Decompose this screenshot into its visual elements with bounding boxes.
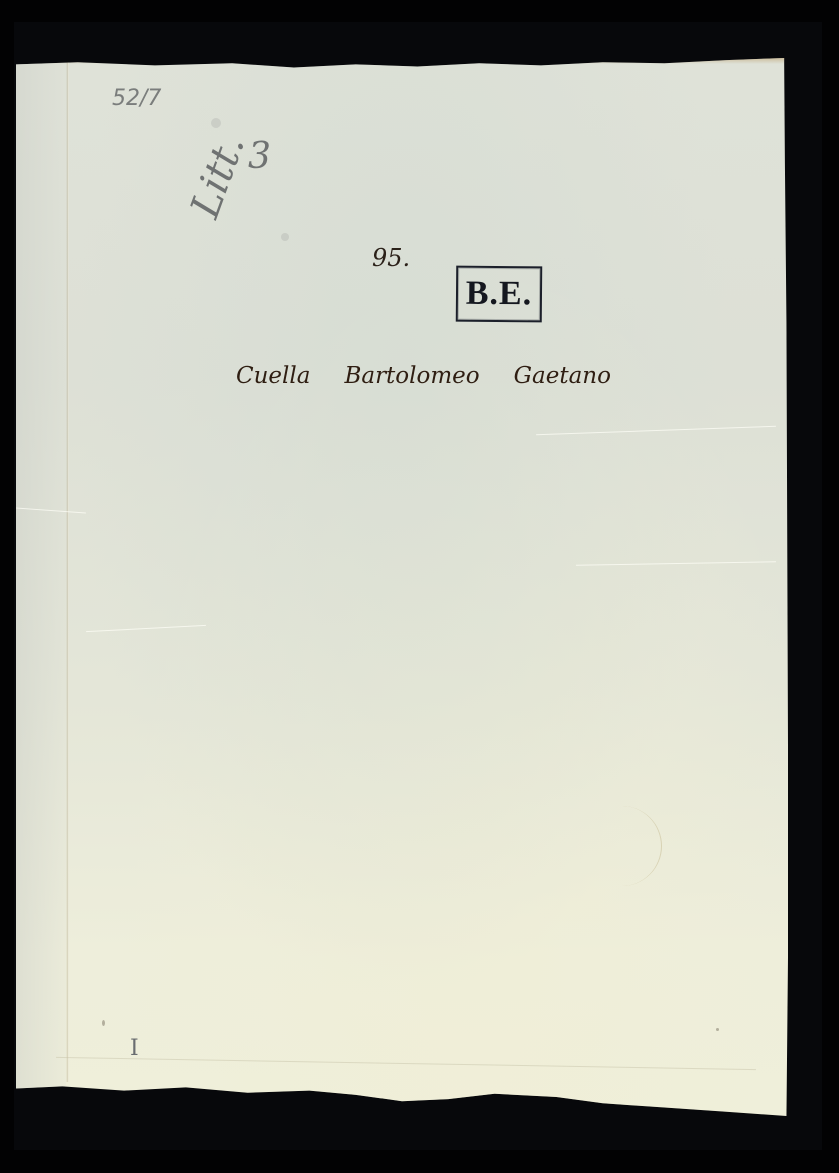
document-page: 52/7 Litt. 3 95. B.E. Cuella Bartolomeo … (16, 58, 788, 1116)
title-word-1: Cuella (236, 363, 310, 389)
folio-number: 95. (372, 244, 410, 272)
paper-spot (716, 1028, 719, 1031)
paper-crease (86, 625, 206, 632)
title-line: Cuella Bartolomeo Gaetano (236, 363, 656, 389)
title-word-3: Gaetano (514, 363, 611, 389)
stamp-text: B.E. (466, 275, 533, 314)
paper-crease (536, 426, 776, 435)
bottom-pencil-mark: I (130, 1036, 139, 1061)
litt-annotation-number: 3 (248, 136, 271, 177)
shelfmark-annotation: 52/7 (112, 86, 161, 111)
title-word-2: Bartolomeo (344, 363, 479, 389)
paper-spot (102, 1020, 105, 1026)
be-stamp: B.E. (456, 266, 542, 323)
paper-spot (281, 233, 289, 241)
paper-crease (576, 561, 776, 565)
litt-annotation: Litt. (182, 129, 254, 224)
paper-spot (211, 118, 221, 128)
fold-line (66, 62, 69, 1082)
paper-watermark-trace (601, 806, 662, 886)
left-fold-strip (16, 58, 66, 1116)
paper-crease (56, 1057, 756, 1070)
